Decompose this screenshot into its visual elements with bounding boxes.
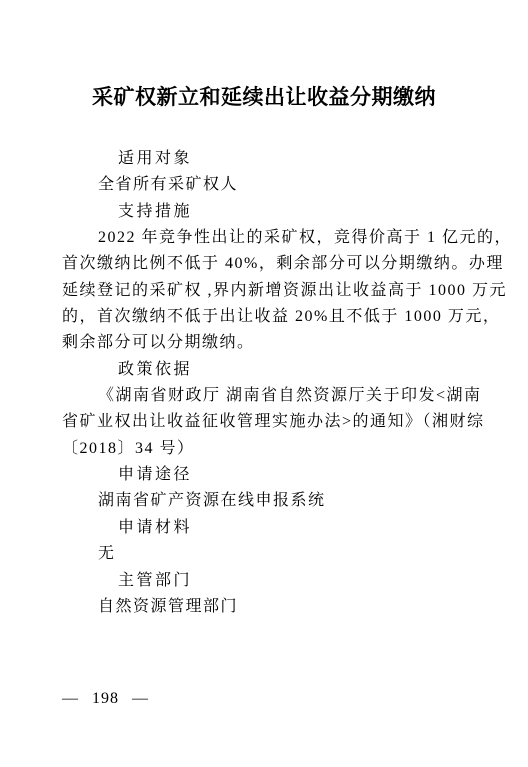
- paragraph-line: 《湖南省财政厅 湖南省自然资源厅关于印发<湖南: [62, 383, 466, 409]
- paragraph-line: 省矿业权出让收益征收管理实施办法>的通知》（湘财综: [62, 409, 466, 435]
- content-line: 无: [62, 541, 466, 567]
- content-line: 全省所有采矿权人: [62, 172, 466, 198]
- section-heading-responsible-department: 主管部门: [62, 568, 466, 594]
- document-title: 采矿权新立和延续出让收益分期缴纳: [0, 85, 528, 111]
- document-page: 采矿权新立和延续出让收益分期缴纳 适用对象 全省所有采矿权人 支持措施 2022…: [0, 0, 528, 767]
- paragraph-line: 首次缴纳比例不低于 40%，剩余部分可以分期缴纳。办理: [62, 251, 466, 277]
- paragraph-line: 剩余部分可以分期缴纳。: [62, 330, 466, 356]
- section-heading-applicable-target: 适用对象: [62, 146, 466, 172]
- paragraph-line: 〔2018〕34 号）: [62, 436, 466, 462]
- section-heading-application-route: 申请途径: [62, 462, 466, 488]
- content-line: 湖南省矿产资源在线申报系统: [62, 488, 466, 514]
- paragraph-line: 的，首次缴纳不低于出让收益 20%且不低于 1000 万元，: [62, 304, 466, 330]
- page-number: — 198 —: [62, 690, 149, 708]
- content-line: 自然资源管理部门: [62, 594, 466, 620]
- paragraph-line: 延续登记的采矿权 ,界内新增资源出让收益高于 1000 万元: [62, 278, 466, 304]
- section-heading-policy-basis: 政策依据: [62, 357, 466, 383]
- document-body: 适用对象 全省所有采矿权人 支持措施 2022 年竞争性出让的采矿权，竞得价高于…: [62, 146, 466, 620]
- section-heading-application-materials: 申请材料: [62, 515, 466, 541]
- section-heading-support-measures: 支持措施: [62, 199, 466, 225]
- paragraph-line: 2022 年竞争性出让的采矿权，竞得价高于 1 亿元的，: [62, 225, 466, 251]
